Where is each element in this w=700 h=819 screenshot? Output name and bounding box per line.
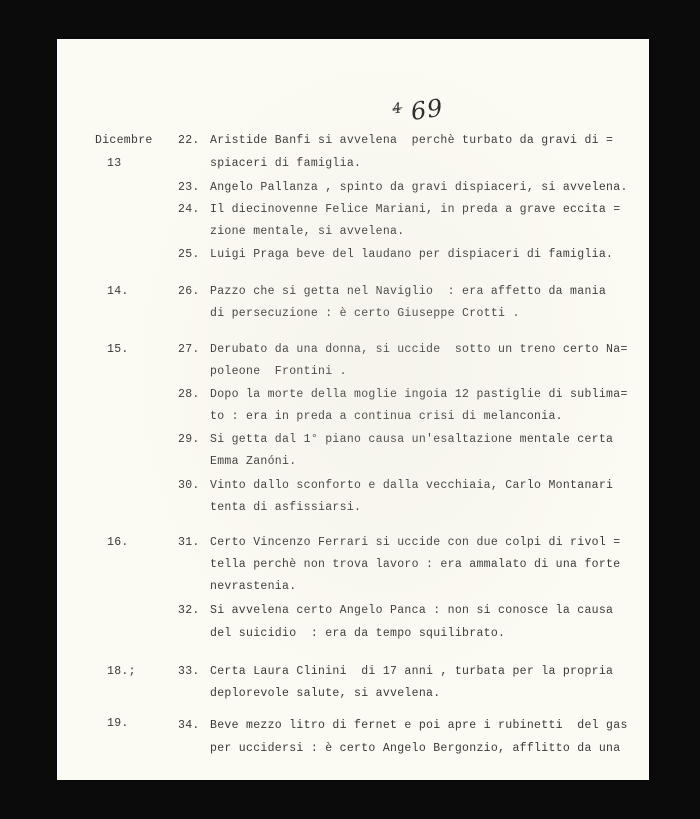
entry-text-line: spiaceri di famiglia. bbox=[210, 157, 361, 171]
date-label: 16. bbox=[107, 536, 129, 550]
entry-text-line: Angelo Pallanza , spinto da gravi dispia… bbox=[210, 181, 628, 195]
date-label: 19. bbox=[107, 717, 129, 731]
entry-text-line: nevrastenia. bbox=[210, 580, 296, 594]
entry-number: 27. bbox=[178, 343, 200, 357]
entry-number: 34. bbox=[178, 719, 200, 733]
entry-number: 26. bbox=[178, 285, 200, 299]
date-label: 18.; bbox=[107, 665, 136, 679]
struck-out-number: 4 bbox=[391, 100, 403, 117]
entry-text-line: Si avvelena certo Angelo Panca : non si … bbox=[210, 604, 613, 618]
entry-number: 33. bbox=[178, 665, 200, 679]
entry-text-line: per uccidersi : è certo Angelo Bergonzio… bbox=[210, 742, 620, 756]
page-number: 69 bbox=[409, 94, 445, 126]
entry-number: 30. bbox=[178, 479, 200, 493]
entry-text-line: to : era in preda a continua crisi di me… bbox=[210, 410, 563, 424]
handwritten-page-number: 469 bbox=[391, 94, 445, 129]
entry-text-line: Beve mezzo litro di fernet e poi apre i … bbox=[210, 719, 628, 733]
entry-text-line: Aristide Banfi si avvelena perchè turbat… bbox=[210, 134, 613, 148]
date-label: 13 bbox=[107, 157, 121, 171]
entry-number: 29. bbox=[178, 433, 200, 447]
entry-text-line: Luigi Praga beve del laudano per dispiac… bbox=[210, 248, 613, 262]
date-label: 14. bbox=[107, 285, 129, 299]
entry-text-line: tella perchè non trova lavoro : era amma… bbox=[210, 558, 620, 572]
date-label: Dicembre bbox=[95, 134, 153, 148]
entry-text-line: tenta di asfissiarsi. bbox=[210, 501, 361, 515]
entry-text-line: Emma Zanóni. bbox=[210, 455, 296, 469]
entry-text-line: Si getta dal 1° piano causa un'esaltazio… bbox=[210, 433, 613, 447]
entry-text-line: Il diecinovenne Felice Mariani, in preda… bbox=[210, 203, 620, 217]
entry-number: 25. bbox=[178, 248, 200, 262]
entry-text-line: Certo Vincenzo Ferrari si uccide con due… bbox=[210, 536, 620, 550]
entry-text-line: Vinto dallo sconforto e dalla vecchiaia,… bbox=[210, 479, 613, 493]
entry-text-line: di persecuzione : è certo Giuseppe Crott… bbox=[210, 307, 520, 321]
entry-number: 32. bbox=[178, 604, 200, 618]
entry-text-line: Pazzo che si getta nel Naviglio : era af… bbox=[210, 285, 606, 299]
entry-number: 28. bbox=[178, 388, 200, 402]
document-page: 469 Dicembre 22. Aristide Banfi si avvel… bbox=[57, 39, 649, 780]
entry-text-line: poleone Frontini . bbox=[210, 365, 347, 379]
entry-number: 23. bbox=[178, 181, 200, 195]
entry-text-line: Certa Laura Clinini di 17 anni , turbata… bbox=[210, 665, 613, 679]
entry-text-line: del suicidio : era da tempo squilibrato. bbox=[210, 627, 505, 641]
entry-text-line: Dopo la morte della moglie ingoia 12 pas… bbox=[210, 388, 628, 402]
entry-text-line: zione mentale, si avvelena. bbox=[210, 225, 404, 239]
entry-text-line: Derubato da una donna, si uccide sotto u… bbox=[210, 343, 628, 357]
entry-number: 22. bbox=[178, 134, 200, 148]
entry-number: 31. bbox=[178, 536, 200, 550]
entry-number: 24. bbox=[178, 203, 200, 217]
entry-text-line: deplorevole salute, si avvelena. bbox=[210, 687, 440, 701]
date-label: 15. bbox=[107, 343, 129, 357]
